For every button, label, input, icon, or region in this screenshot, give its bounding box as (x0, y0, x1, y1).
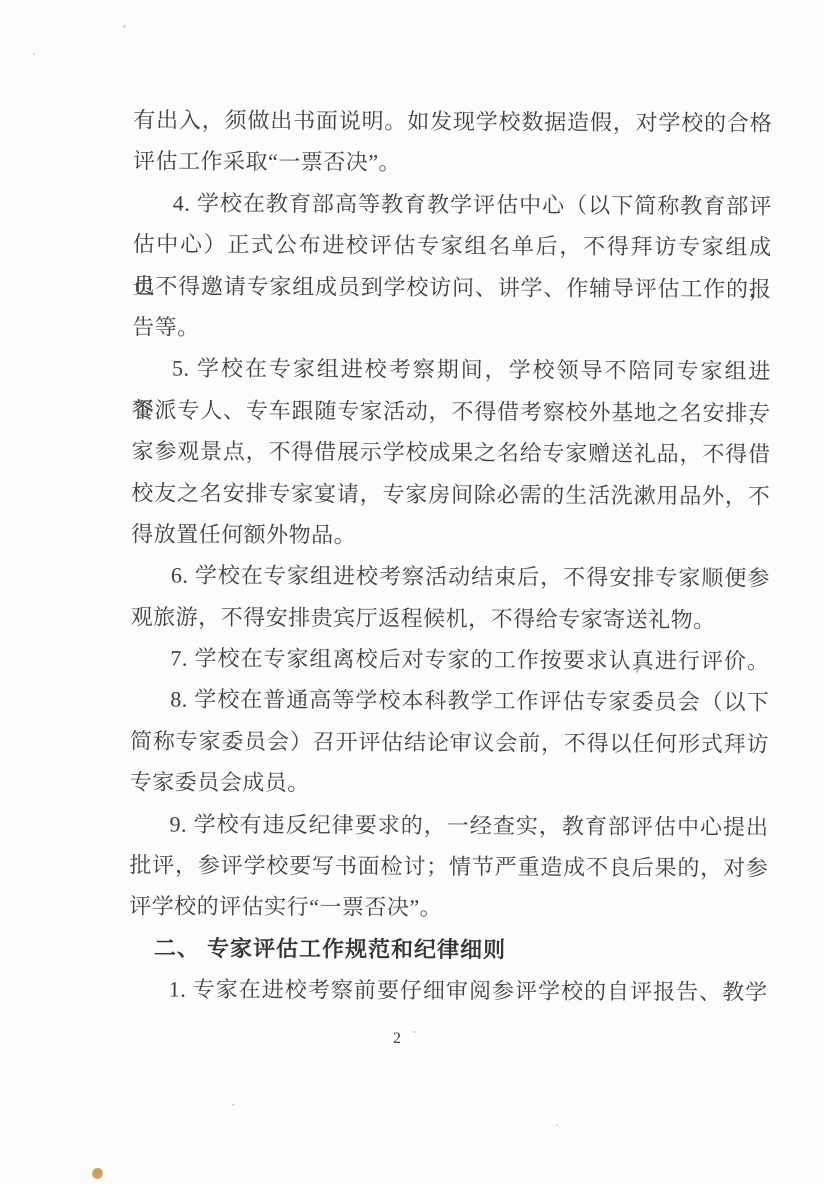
text-line: 简称专家委员会）召开评估结论审议会前，不得以任何形式拜访 (130, 720, 769, 765)
text-line: 家参观景点，不得借展示学校成果之名给专家赠送礼品，不得借 (131, 430, 770, 475)
text-line: 4. 学校在教育部高等教育教学评估中心（以下简称教育部评 (133, 182, 772, 227)
text-line: 得放置任何额外物品。 (131, 513, 770, 558)
document-text: 有出入，须做出书面说明。如发现学校数据造假，对学校的合格 评估工作采取“一票否决… (129, 99, 773, 1013)
text-line: 7. 学校在专家组离校后对专家的工作按要求认真进行评价。 (130, 637, 769, 682)
text-line: 专家委员会成员。 (130, 762, 769, 807)
text-line: 告等。 (132, 306, 771, 351)
text-line: 1. 专家在进校考察前要仔细审阅参评学校的自评报告、教学 (129, 969, 768, 1014)
text-line: 估中心）正式公布进校评估专家组名单后，不得拜访专家组成员， (133, 224, 772, 269)
text-line: 有出入，须做出书面说明。如发现学校数据造假，对学校的合格 (133, 99, 772, 144)
text-line: 观旅游，不得安排贵宾厅返程候机，不得给专家寄送礼物。 (131, 596, 770, 641)
scan-speck (33, 53, 35, 55)
text-line: 评估工作采取“一票否决”。 (133, 141, 772, 186)
stain-mark (92, 1168, 103, 1179)
section-heading: 二、 专家评估工作规范和纪律细则 (129, 927, 768, 972)
text-line: 批评，参评学校要写书面检讨；情节严重造成不良后果的，对参 (129, 844, 768, 889)
text-line: 评学校的评估实行“一票否决”。 (129, 886, 768, 931)
scan-speck (232, 1104, 235, 1106)
text-line: 不派专人、专车跟随专家活动，不得借考察校外基地之名安排专 (132, 389, 771, 434)
text-line: 校友之名安排专家宴请，专家房间除必需的生活洗漱用品外，不 (131, 472, 770, 517)
text-line: 9. 学校有违反纪律要求的，一经查实，教育部评估中心提出 (129, 803, 768, 848)
document-page: 有出入，须做出书面说明。如发现学校数据造假，对学校的合格 评估工作采取“一票否决… (0, 0, 824, 1184)
text-line: 5. 学校在专家组进校考察期间，学校领导不陪同专家组进餐， (132, 348, 771, 393)
text-line: 也不得邀请专家组成员到学校访问、讲学、作辅导评估工作的报 (132, 265, 771, 310)
scan-speck (123, 25, 126, 28)
text-line: 6. 学校在专家组进校考察活动结束后，不得安排专家顺便参 (131, 555, 770, 600)
text-line: 8. 学校在普通高等学校本科教学工作评估专家委员会（以下 (130, 679, 769, 724)
scan-speck (556, 1124, 558, 1126)
page-number: 2 (377, 1030, 417, 1048)
